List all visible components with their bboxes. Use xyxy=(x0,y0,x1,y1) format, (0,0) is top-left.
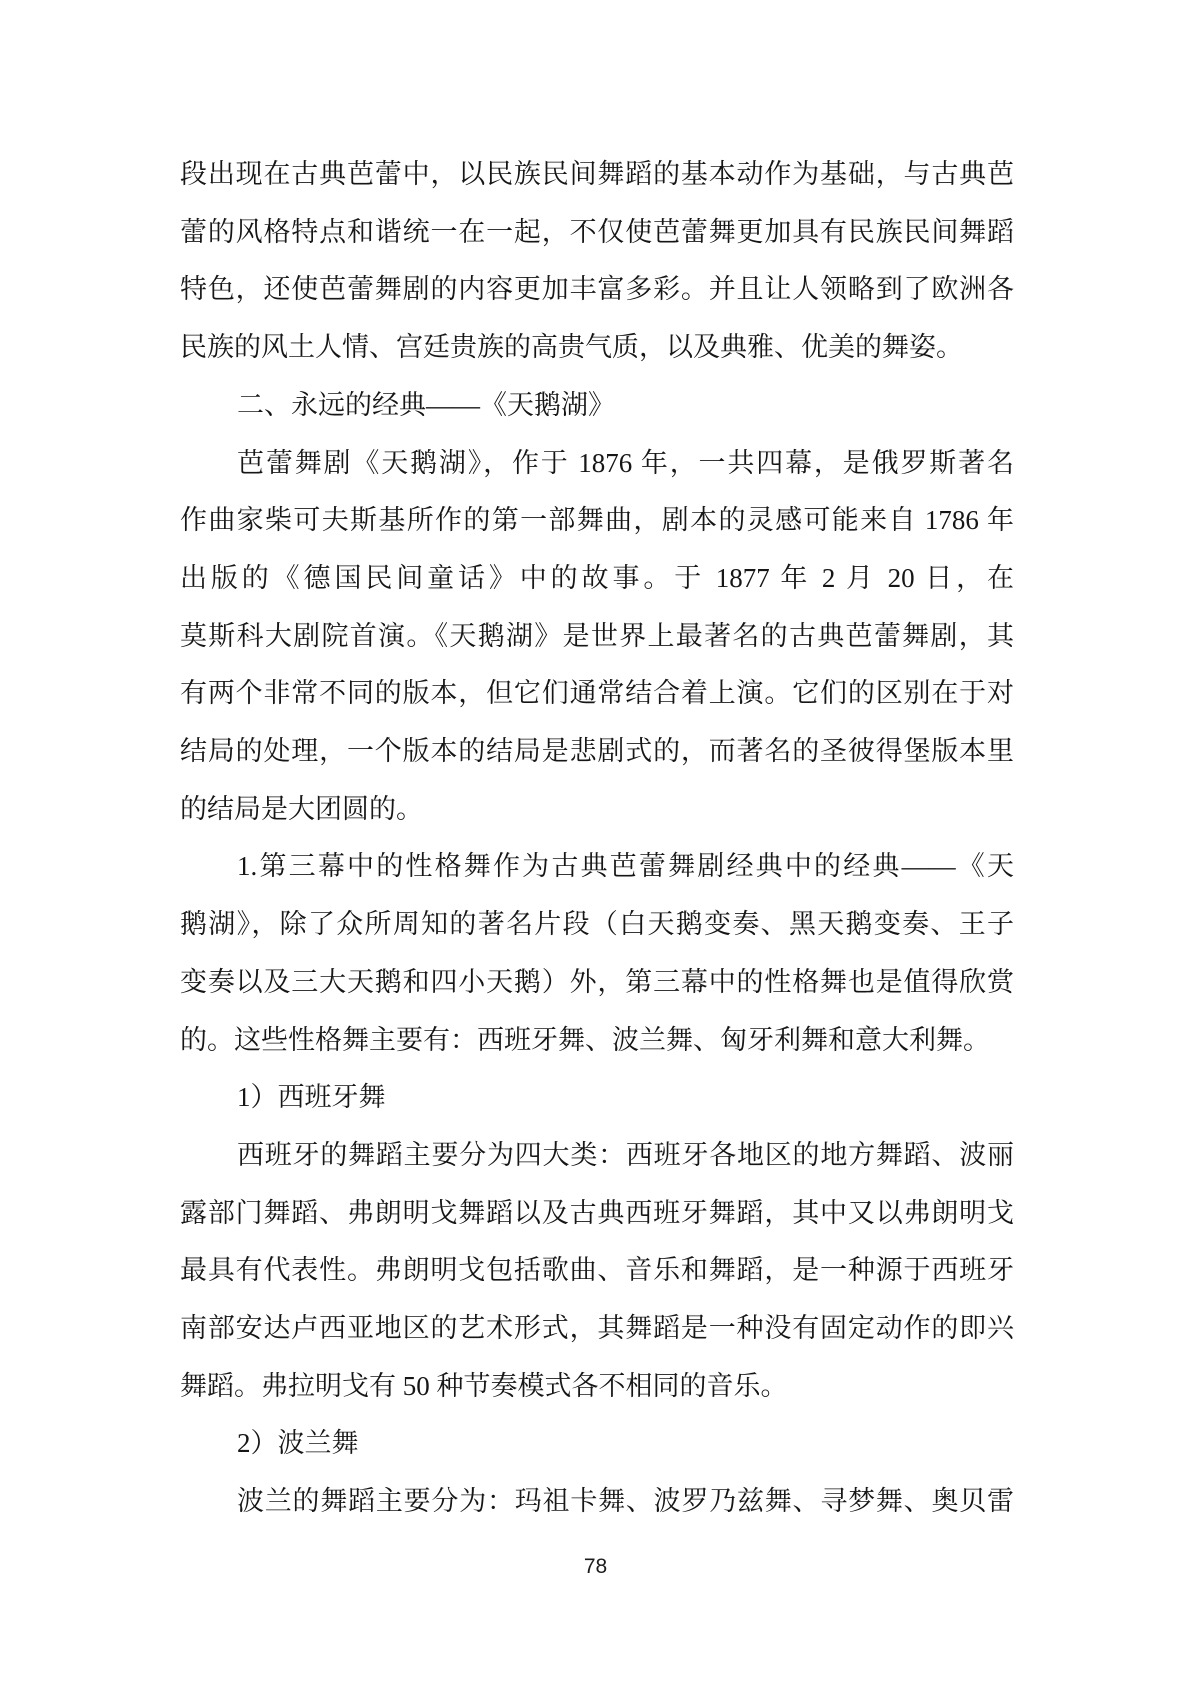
text-line: 段出现在古典芭蕾中，以民族民间舞蹈的基本动作为基础，与古典芭 xyxy=(180,146,1014,204)
text-line: 出版的《德国民间童话》中的故事。于 1877 年 2 月 20 日，在 xyxy=(180,550,1014,608)
text-line: 的结局是大团圆的。 xyxy=(180,781,1014,839)
text-line: 最具有代表性。弗朗明戈包括歌曲、音乐和舞蹈，是一种源于西班牙 xyxy=(180,1242,1014,1300)
paragraph-swan-lake-intro: 芭蕾舞剧《天鹅湖》，作于 1876 年，一共四幕，是俄罗斯著名 作曲家柴可夫斯基… xyxy=(180,435,1014,839)
page-number: 78 xyxy=(0,1552,1191,1582)
text-line: 波兰的舞蹈主要分为：玛祖卡舞、波罗乃兹舞、寻梦舞、奥贝雷 xyxy=(180,1473,1014,1531)
document-page: 段出现在古典芭蕾中，以民族民间舞蹈的基本动作为基础，与古典芭 蕾的风格特点和谐统… xyxy=(0,0,1191,1684)
paragraph-continuation: 段出现在古典芭蕾中，以民族民间舞蹈的基本动作为基础，与古典芭 蕾的风格特点和谐统… xyxy=(180,146,1014,377)
text-line: 蕾的风格特点和谐统一在一起，不仅使芭蕾舞更加具有民族民间舞蹈 xyxy=(180,204,1014,262)
text-line: 鹅湖》，除了众所周知的著名片段（白天鹅变奏、黑天鹅变奏、王子 xyxy=(180,896,1014,954)
text-line: 1.第三幕中的性格舞作为古典芭蕾舞剧经典中的经典——《天 xyxy=(180,838,1014,896)
section-heading: 二、永远的经典——《天鹅湖》 xyxy=(180,377,1014,435)
sub-heading-spanish-dance: 1）西班牙舞 xyxy=(180,1069,1014,1127)
paragraph-spanish-dance: 西班牙的舞蹈主要分为四大类：西班牙各地区的地方舞蹈、波丽 露部门舞蹈、弗朗明戈舞… xyxy=(180,1127,1014,1416)
sub-heading-polish-dance: 2）波兰舞 xyxy=(180,1415,1014,1473)
text-line: 的。这些性格舞主要有：西班牙舞、波兰舞、匈牙利舞和意大利舞。 xyxy=(180,1012,1014,1070)
heading-line: 1）西班牙舞 xyxy=(180,1069,1014,1127)
paragraph-character-dances: 1.第三幕中的性格舞作为古典芭蕾舞剧经典中的经典——《天 鹅湖》，除了众所周知的… xyxy=(180,838,1014,1069)
text-line: 舞蹈。弗拉明戈有 50 种节奏模式各不相同的音乐。 xyxy=(180,1358,1014,1416)
paragraph-polish-dance: 波兰的舞蹈主要分为：玛祖卡舞、波罗乃兹舞、寻梦舞、奥贝雷 xyxy=(180,1473,1014,1531)
text-line: 民族的风土人情、宫廷贵族的高贵气质，以及典雅、优美的舞姿。 xyxy=(180,319,1014,377)
text-line: 芭蕾舞剧《天鹅湖》，作于 1876 年，一共四幕，是俄罗斯著名 xyxy=(180,435,1014,493)
text-line: 有两个非常不同的版本，但它们通常结合着上演。它们的区别在于对 xyxy=(180,665,1014,723)
text-line: 西班牙的舞蹈主要分为四大类：西班牙各地区的地方舞蹈、波丽 xyxy=(180,1127,1014,1185)
heading-line: 2）波兰舞 xyxy=(180,1415,1014,1473)
text-line: 南部安达卢西亚地区的艺术形式，其舞蹈是一种没有固定动作的即兴 xyxy=(180,1300,1014,1358)
text-line: 莫斯科大剧院首演。《天鹅湖》是世界上最著名的古典芭蕾舞剧，其 xyxy=(180,608,1014,666)
text-line: 作曲家柴可夫斯基所作的第一部舞曲，剧本的灵感可能来自 1786 年 xyxy=(180,492,1014,550)
text-line: 特色，还使芭蕾舞剧的内容更加丰富多彩。并且让人领略到了欧洲各 xyxy=(180,261,1014,319)
text-line: 结局的处理，一个版本的结局是悲剧式的，而著名的圣彼得堡版本里 xyxy=(180,723,1014,781)
page-body-text: 段出现在古典芭蕾中，以民族民间舞蹈的基本动作为基础，与古典芭 蕾的风格特点和谐统… xyxy=(180,146,1014,1531)
text-line: 露部门舞蹈、弗朗明戈舞蹈以及古典西班牙舞蹈，其中又以弗朗明戈 xyxy=(180,1185,1014,1243)
text-line: 变奏以及三大天鹅和四小天鹅）外，第三幕中的性格舞也是值得欣赏 xyxy=(180,954,1014,1012)
heading-line: 二、永远的经典——《天鹅湖》 xyxy=(180,377,1014,435)
